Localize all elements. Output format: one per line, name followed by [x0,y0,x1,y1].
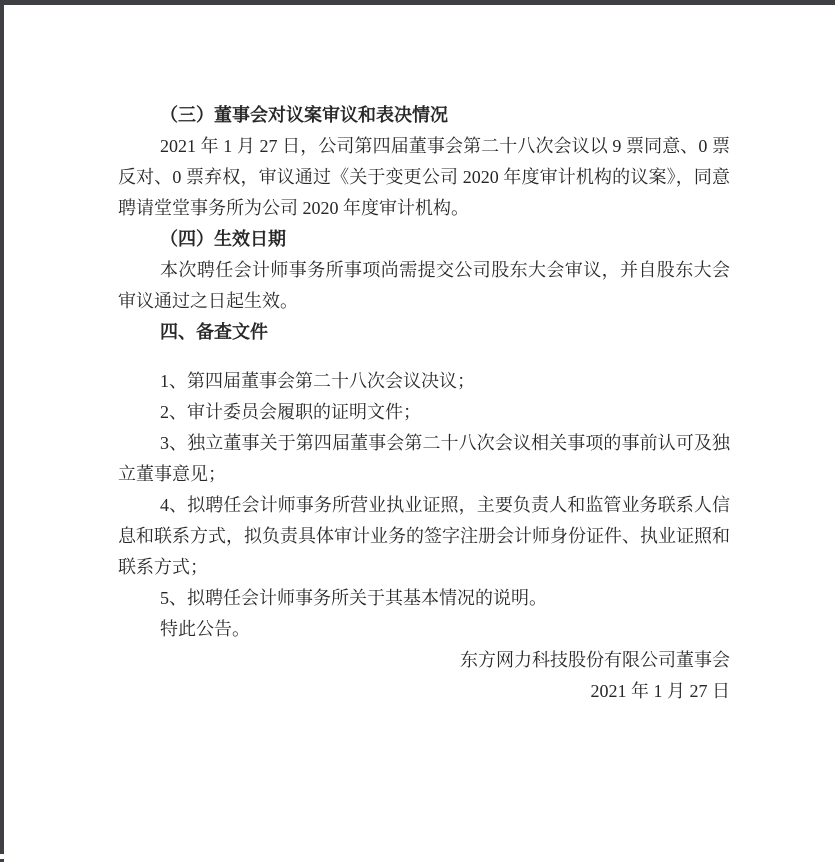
paragraph-review-vote: 2021 年 1 月 27 日，公司第四届董事会第二十八次会议以 9 票同意、0… [118,131,730,224]
paragraph-effective-date: 本次聘任会计师事务所事项尚需提交公司股东大会审议，并自股东大会审议通过之日起生效… [118,255,730,317]
document-content: （三）董事会对议案审议和表决情况 2021 年 1 月 27 日，公司第四届董事… [118,100,730,707]
list-item-3: 3、独立董事关于第四届董事会第二十八次会议相关事项的事前认可及独立董事意见； [118,428,730,490]
reference-documents-list: 1、第四届董事会第二十八次会议决议； 2、审计委员会履职的证明文件； 3、独立董… [118,366,730,614]
section-heading-effective-date: （四）生效日期 [118,224,730,255]
document-page: （三）董事会对议案审议和表决情况 2021 年 1 月 27 日，公司第四届董事… [4,5,835,862]
section-heading-reference-documents: 四、备查文件 [118,317,730,348]
section-heading-review-vote: （三）董事会对议案审议和表决情况 [118,100,730,131]
list-item-4: 4、拟聘任会计师事务所营业执业证照，主要负责人和监管业务联系人信息和联系方式，拟… [118,490,730,583]
list-item-5: 5、拟聘任会计师事务所关于其基本情况的说明。 [118,583,730,614]
date-line: 2021 年 1 月 27 日 [118,676,730,707]
list-item-2: 2、审计委员会履职的证明文件； [118,397,730,428]
list-item-1: 1、第四届董事会第二十八次会议决议； [118,366,730,397]
closing-line: 特此公告。 [118,614,730,645]
signature-line: 东方网力科技股份有限公司董事会 [118,645,730,676]
